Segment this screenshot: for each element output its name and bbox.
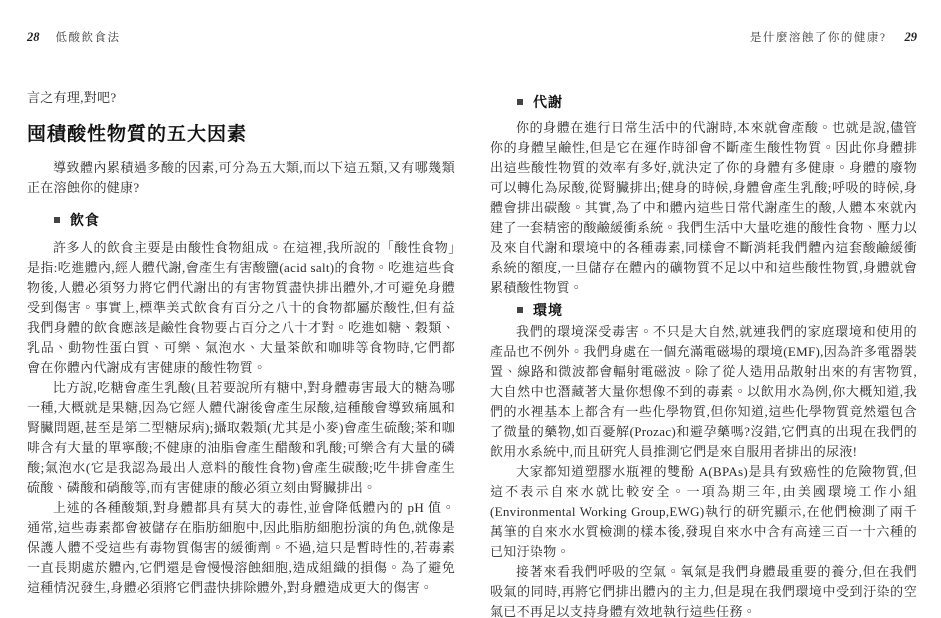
paragraph: 比方說,吃糖會產生乳酸(且若要說所有糖中,對身體毒害最大的糖為哪一種,大概就是果…	[27, 378, 455, 498]
paragraph: 許多人的飲食主要是由酸性食物組成。在這裡,我所說的「酸性食物」是指:吃進體內,經…	[27, 238, 455, 378]
paragraph: 你的身體在進行日常生活中的代謝時,本來就會產酸。也就是說,儘管你的身體呈鹼性,但…	[490, 118, 917, 298]
section-heading-metabolism: 代謝	[490, 92, 917, 112]
section-title: 代謝	[533, 92, 563, 112]
paragraph: 我們的環境深受毒害。不只是大自然,就連我們的家庭環境和使用的產品也不例外。我們身…	[490, 322, 917, 462]
page-left: 28低酸飲食法 言之有理,對吧? 囤積酸性物質的五大因素 導致體內累積過多酸的因…	[27, 0, 455, 618]
page-left-content: 言之有理,對吧? 囤積酸性物質的五大因素 導致體內累積過多酸的因素,可分為五大類…	[27, 0, 455, 598]
square-bullet-icon	[517, 99, 523, 105]
paragraph: 接著來看我們呼吸的空氣。氧氣是我們身體最重要的養分,但在我們吸氣的同時,再將它們…	[490, 562, 917, 618]
section-heading-environment: 環境	[490, 300, 917, 320]
section-title: 飲食	[70, 210, 100, 230]
square-bullet-icon	[517, 307, 523, 313]
square-bullet-icon	[54, 217, 60, 223]
page-right: 是什麼溶蝕了你的健康?29 代謝 你的身體在進行日常生活中的代謝時,本來就會產酸…	[490, 0, 917, 618]
carryover-line: 言之有理,對吧?	[27, 88, 455, 108]
section-title: 環境	[533, 300, 563, 320]
book-spread: 28低酸飲食法 言之有理,對吧? 囤積酸性物質的五大因素 導致體內累積過多酸的因…	[0, 0, 941, 618]
page-right-content: 代謝 你的身體在進行日常生活中的代謝時,本來就會產酸。也就是說,儘管你的身體呈鹼…	[490, 0, 917, 618]
chapter-intro: 導致體內累積過多酸的因素,可分為五大類,而以下這五類,又有哪幾類正在溶蝕你的健康…	[27, 158, 455, 198]
paragraph: 大家都知道塑膠水瓶裡的雙酚 A(BPAs)是具有致癌性的危險物質,但這不表示自來…	[490, 462, 917, 562]
paragraph: 上述的各種酸類,對身體都具有莫大的毒性,並會降低體內的 pH 值。通常,這些毒素…	[27, 498, 455, 598]
section-heading-diet: 飲食	[27, 210, 455, 230]
chapter-heading: 囤積酸性物質的五大因素	[27, 124, 455, 146]
